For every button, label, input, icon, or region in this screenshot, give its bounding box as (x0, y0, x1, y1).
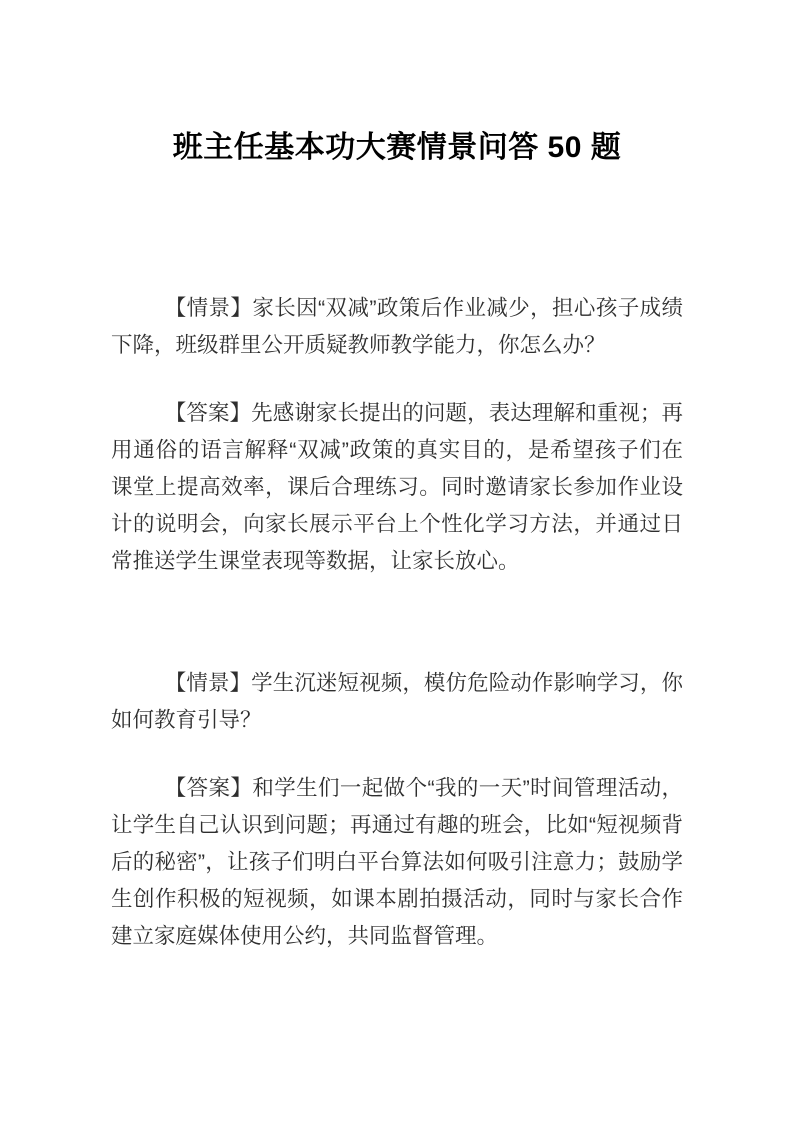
document-page: 班主任基本功大赛情景问答 50 题 【情景】家长因“双减”政策后作业减少，担心孩… (0, 0, 793, 1122)
scenario-paragraph-1: 【情景】家长因“双减”政策后作业减少，担心孩子成绩下降，班级群里公开质疑教师教学… (111, 290, 683, 364)
answer-paragraph-1: 【答案】先感谢家长提出的问题，表达理解和重视；再用通俗的语言解释“双减”政策的真… (111, 395, 683, 580)
answer-paragraph-2: 【答案】和学生们一起做个“我的一天”时间管理活动，让学生自己认识到问题；再通过有… (111, 770, 683, 955)
document-title: 班主任基本功大赛情景问答 50 题 (111, 128, 683, 168)
scenario-paragraph-2: 【情景】学生沉迷短视频，模仿危险动作影响学习，你如何教育引导？ (111, 665, 683, 739)
